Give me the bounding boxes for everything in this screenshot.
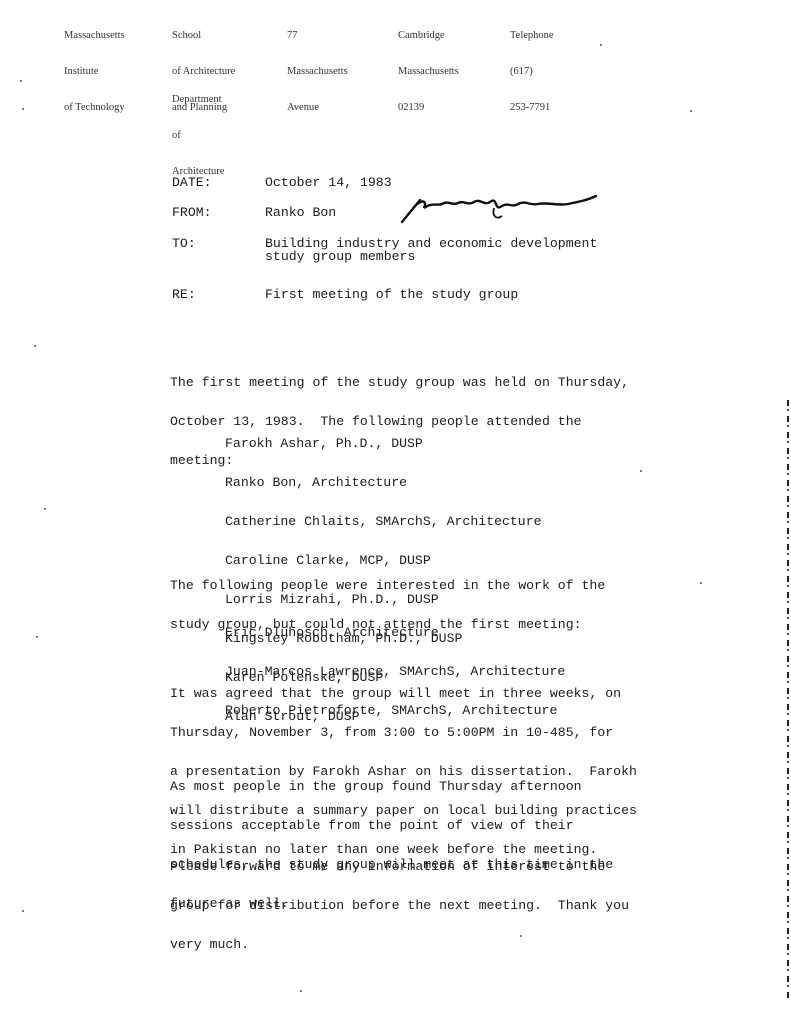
telephone: Telephone (617) 253-7791 <box>510 6 554 138</box>
to-label: TO: <box>172 237 196 250</box>
text-line: The following people were interested in … <box>170 579 740 592</box>
closing-paragraph: Please forward to me any information of … <box>170 834 740 977</box>
list-item: Eric Dluhosch, Architecture <box>225 626 565 639</box>
telephone-line: 253-7791 <box>510 102 554 114</box>
street-address: 77 Massachusetts Avenue <box>287 6 348 138</box>
department-line: of <box>172 130 224 142</box>
text-line: Thursday, November 3, from 3:00 to 5:00P… <box>170 726 740 739</box>
to-value-line: study group members <box>265 250 415 263</box>
text-line: The first meeting of the study group was… <box>170 376 740 389</box>
institution-name: Massachusetts Institute of Technology <box>64 6 125 138</box>
signature <box>398 192 598 228</box>
text-line: As most people in the group found Thursd… <box>170 780 740 793</box>
from-value: Ranko Bon <box>265 206 336 219</box>
list-item: Farokh Ashar, Ph.D., DUSP <box>225 437 542 450</box>
school-line: School <box>172 30 235 42</box>
street-line: 77 <box>287 30 348 42</box>
text-line: group for distribution before the next m… <box>170 899 740 912</box>
re-value: First meeting of the study group <box>265 288 518 301</box>
telephone-line: (617) <box>510 66 554 78</box>
re-label: RE: <box>172 288 196 301</box>
street-line: Avenue <box>287 102 348 114</box>
date-value: October 14, 1983 <box>265 176 392 189</box>
date-label: DATE: <box>172 176 212 189</box>
list-item: Catherine Chlaits, SMArchS, Architecture <box>225 515 542 528</box>
text-line: sessions acceptable from the point of vi… <box>170 819 740 832</box>
telephone-line: Telephone <box>510 30 554 42</box>
institution-line: of Technology <box>64 102 125 114</box>
scan-edge-artifact <box>787 400 789 1000</box>
street-line: Massachusetts <box>287 66 348 78</box>
city-line: 02139 <box>398 102 459 114</box>
institution-line: Institute <box>64 66 125 78</box>
text-line: very much. <box>170 938 740 951</box>
from-label: FROM: <box>172 206 212 219</box>
city-line: Cambridge <box>398 30 459 42</box>
department-line: Department <box>172 94 224 106</box>
city-line: Massachusetts <box>398 66 459 78</box>
institution-line: Massachusetts <box>64 30 125 42</box>
text-line: It was agreed that the group will meet i… <box>170 687 740 700</box>
list-item: Ranko Bon, Architecture <box>225 476 542 489</box>
city-address: Cambridge Massachusetts 02139 <box>398 6 459 138</box>
text-line: Please forward to me any information of … <box>170 860 740 873</box>
